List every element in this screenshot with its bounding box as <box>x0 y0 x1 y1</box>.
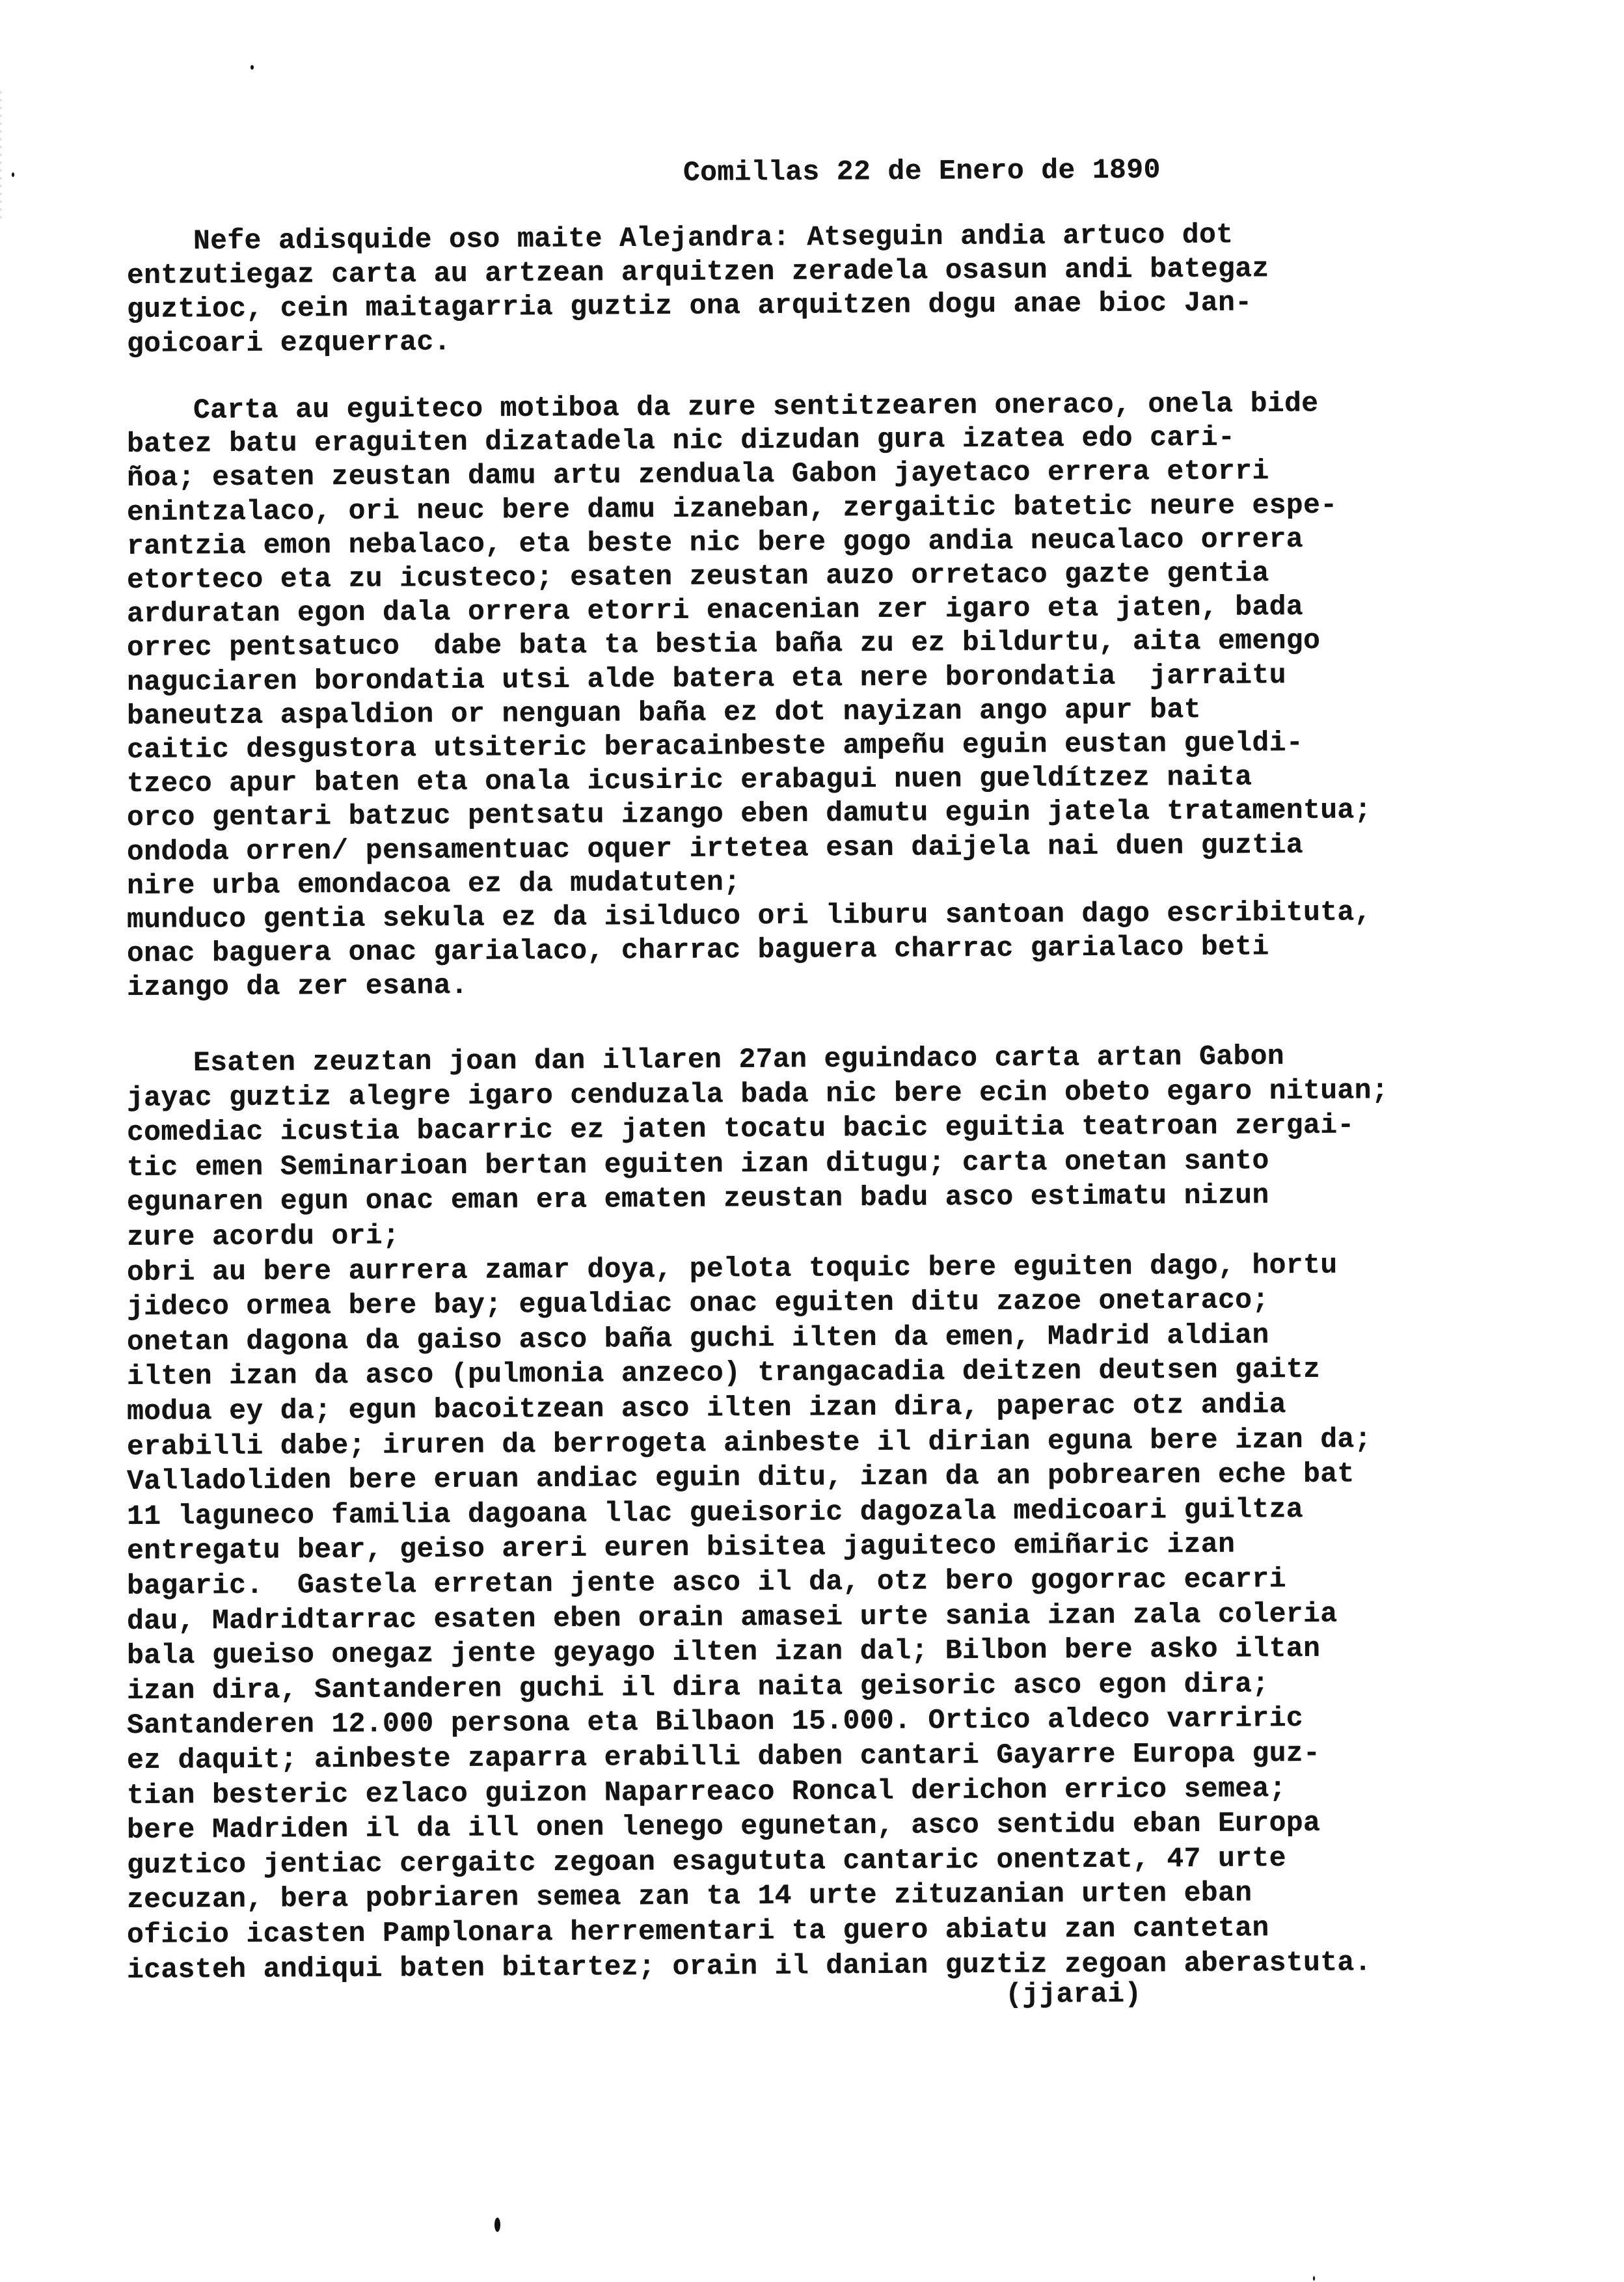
letter-line: tian besteric ezlaco guizon Naparreaco R… <box>127 1772 1286 1813</box>
letter-line: guztico jentiac cergaitc zegoan esagutut… <box>127 1841 1286 1882</box>
letter-line: dau, Madridtarrac esaten eben orain amas… <box>127 1597 1338 1638</box>
letter-line: onetan dagona da gaiso asco baña guchi i… <box>127 1318 1269 1359</box>
letter-line: modua ey da; egun bacoitzean asco ilten … <box>127 1388 1286 1429</box>
letter-line: ondoda orren/ pensamentuac oquer irtetea… <box>127 828 1303 869</box>
ink-speck <box>250 65 254 70</box>
letter-line: bagaric. Gastela erretan jente asco il d… <box>127 1562 1286 1603</box>
letter-line: ilten izan da asco (pulmonia anzeco) tra… <box>127 1353 1321 1394</box>
letter-line: Esaten zeuztan joan dan illaren 27an egu… <box>193 1040 1284 1080</box>
continued-marker: (jjarai) <box>1005 1977 1142 2012</box>
letter-line: Santanderen 12.000 persona eta Bilbaon 1… <box>127 1702 1303 1743</box>
letter-line: bala gueiso onegaz jente geyago ilten iz… <box>127 1632 1321 1673</box>
letter-line: oficio icasten Pamplonara herrementari t… <box>127 1911 1269 1952</box>
letter-line: icasteh andiqui baten bitartez; orain il… <box>127 1946 1372 1987</box>
scan-edge-mark <box>1 91 1 221</box>
ink-blot <box>494 2218 500 2232</box>
letter-line: jideco ormea bere bay; egualdiac onac eg… <box>127 1283 1269 1324</box>
letter-line: erabilli dabe; iruren da berrogeta ainbe… <box>127 1422 1372 1464</box>
letter-line: izan dira, Santanderen guchi il dira nai… <box>127 1667 1269 1708</box>
letter-line: Nefe adisquide oso maite Alejandra: Atse… <box>193 218 1234 258</box>
letter-line: comediac icustia bacarric ez jaten tocat… <box>127 1109 1355 1150</box>
letter-line: onac baguera onac garialaco, charrac bag… <box>127 930 1269 971</box>
letter-date-line: Comillas 22 de Enero de 1890 <box>683 154 1161 190</box>
letter-line: izango da zer esana. <box>127 969 468 1005</box>
letter-line: Valladoliden bere eruan andiac eguin dit… <box>127 1458 1355 1499</box>
letter-line: obri au bere aurrera zamar doya, pelota … <box>127 1248 1338 1289</box>
letter-line: zure acordu ori; <box>127 1219 400 1255</box>
letter-line: egunaren egun onac eman era ematen zeust… <box>127 1179 1269 1220</box>
letter-line: bere Madriden il da ill onen lenego egun… <box>127 1806 1321 1847</box>
letter-line: zecuzan, bera pobriaren semea zan ta 14 … <box>127 1877 1252 1918</box>
typewritten-letter-page: Comillas 22 de Enero de 1890 Nefe adisqu… <box>0 0 1624 2282</box>
letter-line: nire urba emondacoa ez da mudatuten; <box>127 865 741 903</box>
letter-line: ez daquit; ainbeste zaparra erabilli dab… <box>127 1737 1321 1778</box>
ink-speck <box>12 172 14 177</box>
letter-line: tic emen Seminarioan bertan eguiten izan… <box>127 1144 1269 1185</box>
ink-speck <box>1313 2276 1315 2281</box>
letter-line: guztioc, cein maitagarria guztiz ona arq… <box>127 286 1252 327</box>
letter-line: entregatu bear, geiso areri euren bisite… <box>127 1528 1236 1568</box>
letter-line: 11 laguneco familia dagoana llac gueisor… <box>127 1493 1303 1534</box>
letter-line: goicoari ezquerrac. <box>127 325 451 360</box>
